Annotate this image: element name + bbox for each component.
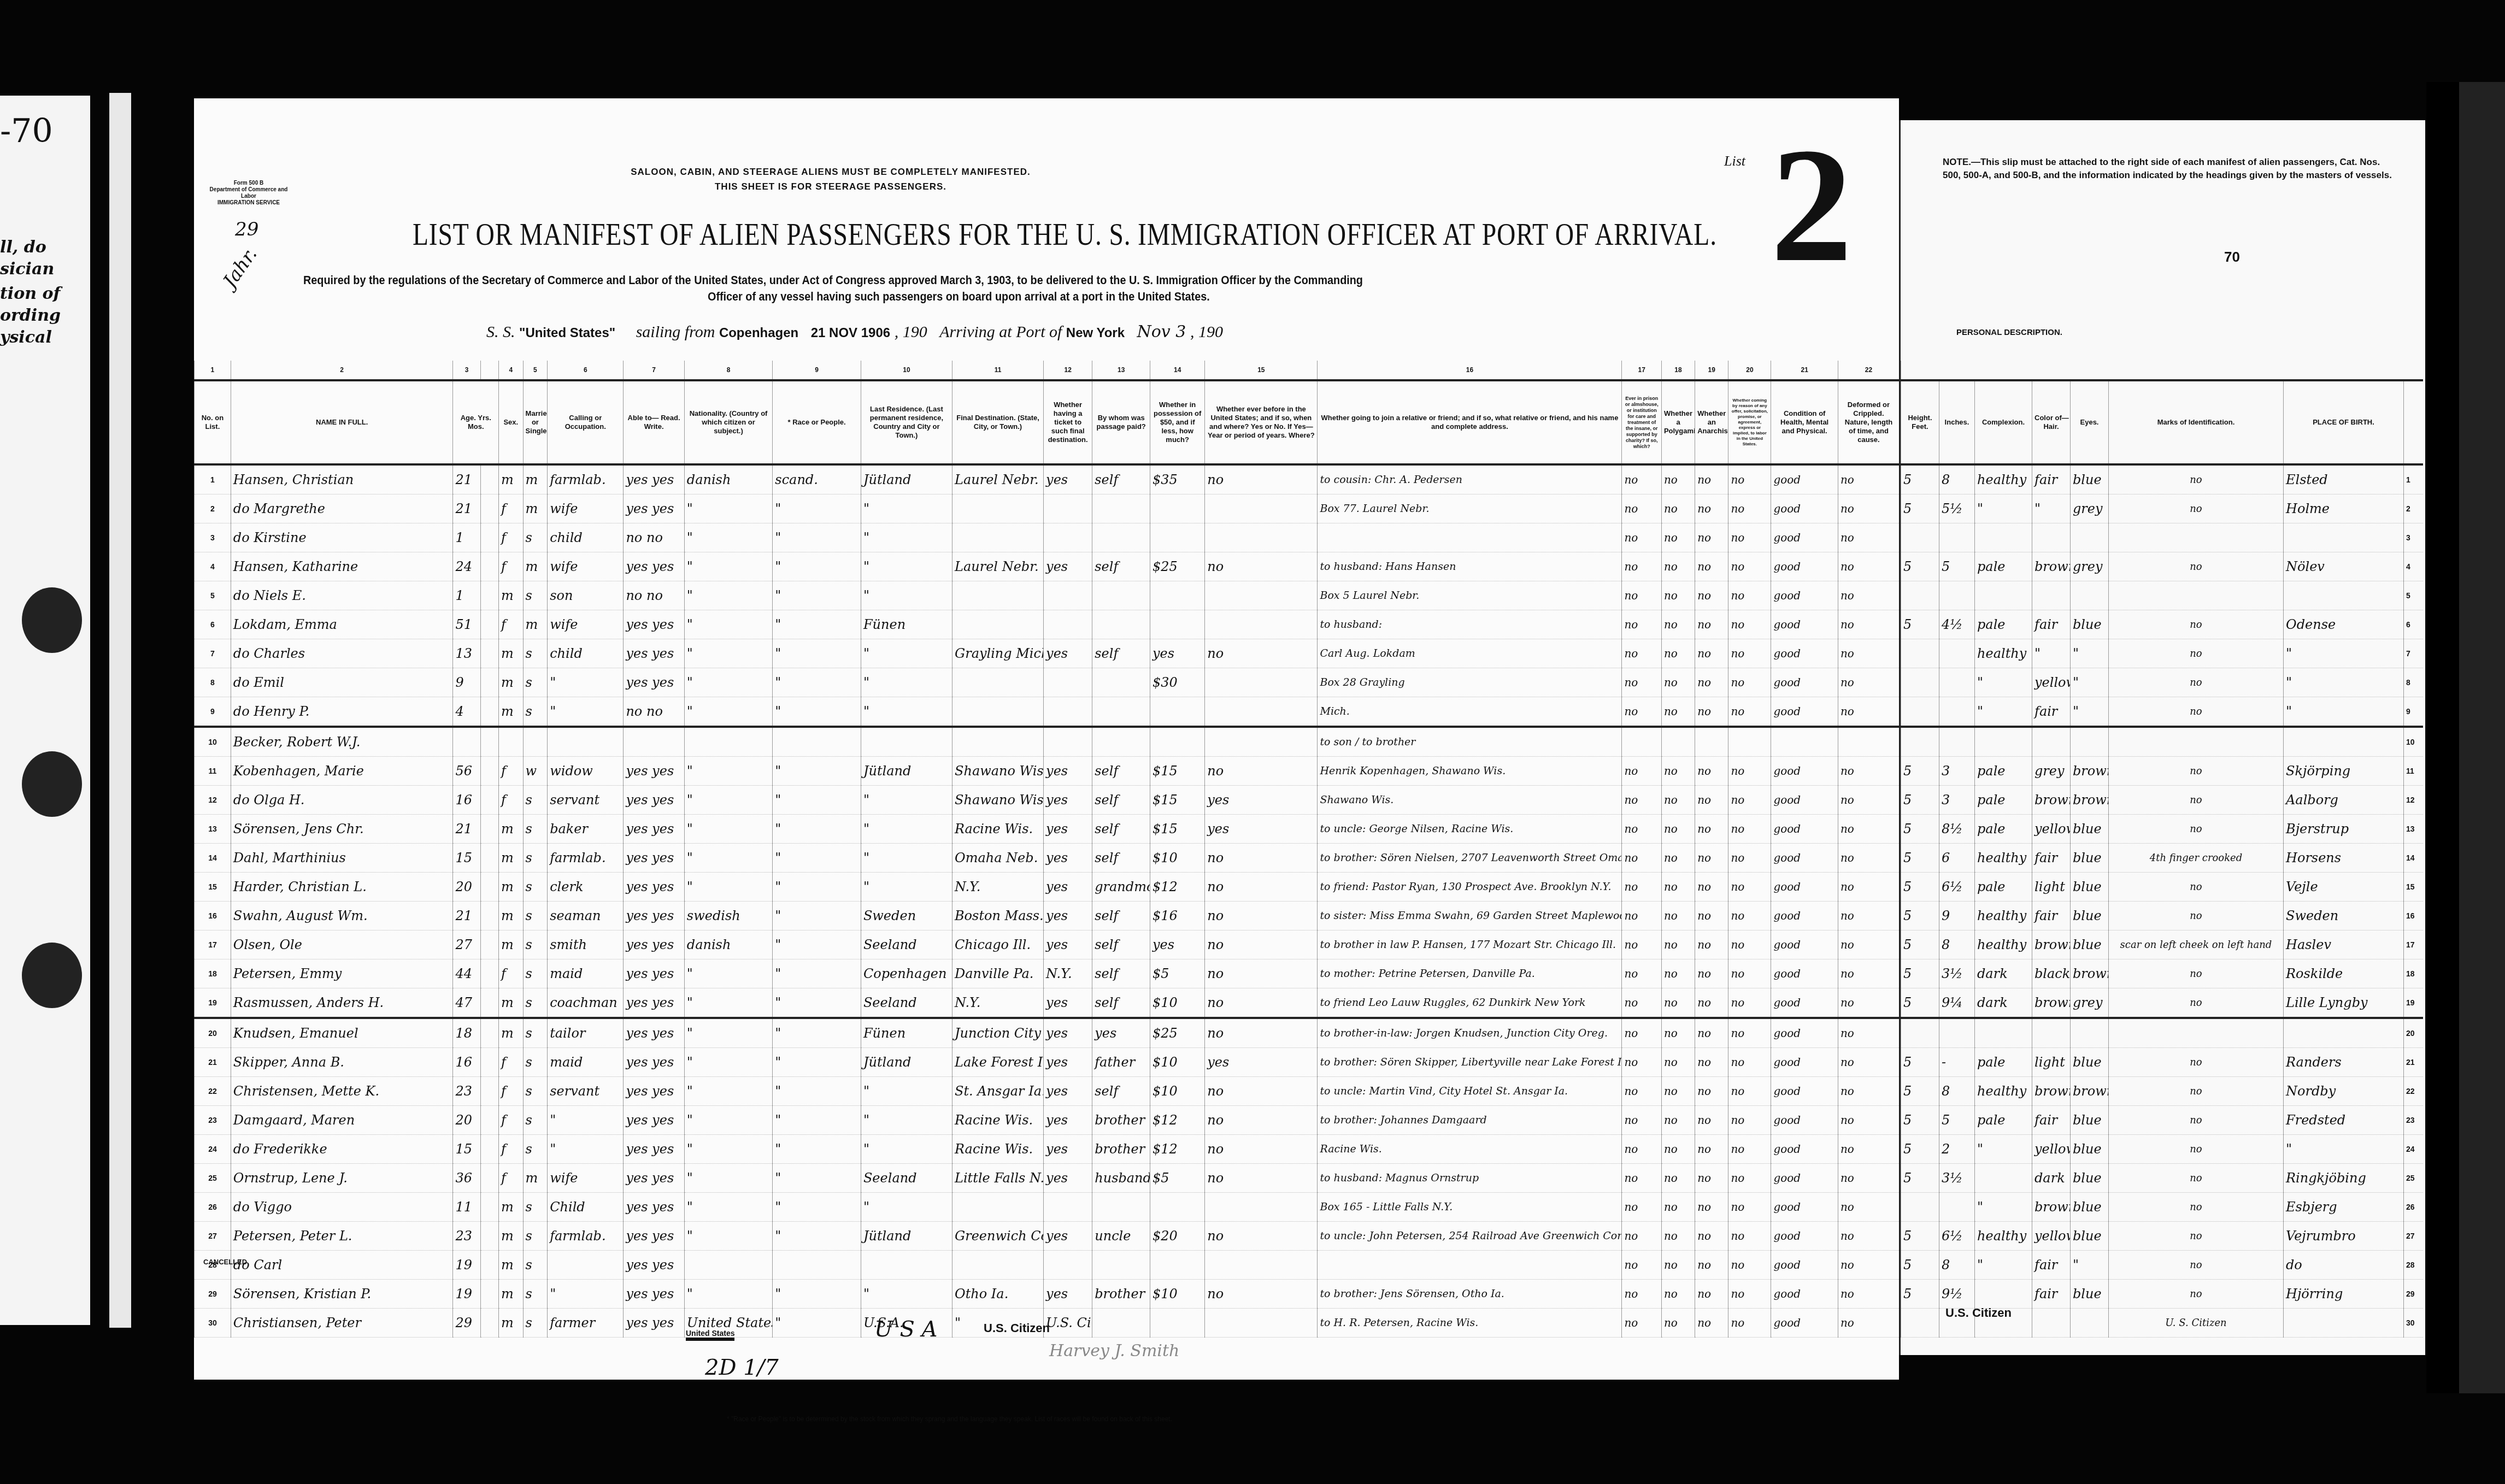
regulation-text: Required by the regulations of the Secre… (303, 273, 1363, 287)
cell-join: Shawano Wis. (1318, 786, 1622, 815)
inspection-answer: good (1771, 697, 1838, 727)
inspection-answer: no (1661, 1251, 1695, 1280)
inspection-answer: no (1695, 931, 1728, 959)
cell-ft (1901, 1309, 1939, 1338)
cell-rw: yes yes (624, 639, 684, 668)
table-row: 27Petersen, Peter L.23msfarmlab.yes yes"… (195, 1222, 1900, 1251)
us-citizen-stamp-slip: U.S. Citizen (1945, 1306, 2012, 1320)
cell-sex: m (499, 1309, 524, 1338)
cell-ft (1901, 727, 1939, 757)
header-able: Able to— Read. Write. (624, 380, 684, 464)
cell-age: 1 (453, 523, 480, 552)
table-row: 5do Niels E.1mssonno no"""Box 5 Laurel N… (195, 581, 1900, 610)
cell-hair: yellow (2032, 1222, 2071, 1251)
cell-race: " (773, 1193, 861, 1222)
cell-ft: 5 (1901, 1280, 1939, 1309)
cell-before (1205, 494, 1318, 523)
cell-res: Jütland (861, 464, 952, 494)
cell-nat: " (684, 1077, 773, 1106)
cell-join: to husband: Hans Hansen (1318, 552, 1622, 581)
cell-hair: fair (2032, 697, 2071, 727)
cell-ft: 5 (1901, 1048, 1939, 1077)
cell-birth: Vejrumbro (2284, 1222, 2404, 1251)
cell-occ (548, 727, 624, 757)
row-number: 24 (195, 1135, 231, 1164)
inspection-answer (1728, 727, 1771, 757)
header-health: Condition of Health, Mental and Physical… (1771, 380, 1838, 464)
cell-in: 3 (1939, 786, 1975, 815)
cell-race: " (773, 610, 861, 639)
cell-money (1150, 697, 1205, 727)
inspection-answer: good (1771, 552, 1838, 581)
cell-birth: Ringkjöbing (2284, 1164, 2404, 1193)
inspection-answer: no (1838, 464, 1899, 494)
cell-birth: Esbjerg (2284, 1193, 2404, 1222)
cell-ticket: yes (1044, 757, 1092, 786)
cell-ticket: yes (1044, 1164, 1092, 1193)
cell-ms: m (523, 1164, 548, 1193)
age-months (480, 988, 498, 1018)
cell-money: $10 (1150, 1077, 1205, 1106)
cell-paid: self (1092, 931, 1150, 959)
cell-race: " (773, 815, 861, 844)
inspection-answer: good (1771, 1048, 1838, 1077)
cell-res: " (861, 494, 952, 523)
row-number: 2 (2404, 494, 2423, 523)
header-age: Age. Yrs. Mos. (453, 380, 499, 464)
ship-name: "United States" (519, 326, 615, 340)
cell-comp: pale (1975, 610, 2032, 639)
inspection-answer: no (1661, 610, 1695, 639)
personal-row: 54½palefairbluenoOdense6 (1901, 610, 2423, 639)
cell-hair: " (2032, 639, 2071, 668)
inspection-answer: no (1728, 1193, 1771, 1222)
age-months (480, 464, 498, 494)
cell-rw: yes yes (624, 464, 684, 494)
cell-res: " (861, 873, 952, 902)
cell-money: $25 (1150, 552, 1205, 581)
cell-age: 15 (453, 1135, 480, 1164)
cell-nat: " (684, 581, 773, 610)
row-number: 28 (2404, 1251, 2423, 1280)
cell-ms: s (523, 931, 548, 959)
cell-comp: " (1975, 494, 2032, 523)
cell-eyes (2071, 1309, 2109, 1338)
cell-before: no (1205, 1018, 1318, 1048)
cell-comp: healthy (1975, 902, 2032, 931)
cell-ticket (1044, 697, 1092, 727)
cell-before (1205, 523, 1318, 552)
inspection-answer: no (1622, 1106, 1661, 1135)
inspection-answer: no (1695, 873, 1728, 902)
cell-in (1939, 639, 1975, 668)
cell-marks: no (2109, 639, 2284, 668)
voyage-line: S. S. "United States" sailing from Copen… (486, 322, 1223, 341)
inspection-answer: no (1695, 552, 1728, 581)
cell-nat: " (684, 639, 773, 668)
cell-eyes (2071, 727, 2109, 757)
cell-birth (2284, 727, 2404, 757)
inspection-answer: no (1661, 786, 1695, 815)
age-months (480, 1309, 498, 1338)
table-row: 24do Frederikke15fs"yes yes"""Racine Wis… (195, 1135, 1900, 1164)
inspection-answer: no (1728, 844, 1771, 873)
cell-ticket (1044, 610, 1092, 639)
row-number: 11 (195, 757, 231, 786)
cell-age: 20 (453, 873, 480, 902)
row-number: 21 (195, 1048, 231, 1077)
cell-sex: m (499, 464, 524, 494)
inspection-answer (1838, 727, 1899, 757)
cell-nat: " (684, 1222, 773, 1251)
cell-paid (1092, 523, 1150, 552)
personal-row: "yellow"no"8 (1901, 668, 2423, 697)
inspection-answer: no (1622, 1222, 1661, 1251)
cell-ticket: yes (1044, 931, 1092, 959)
cell-birth: Vejle (2284, 873, 2404, 902)
cell-paid: uncle (1092, 1222, 1150, 1251)
cell-marks: no (2109, 1222, 2284, 1251)
cell-occ: wife (548, 610, 624, 639)
cell-race: " (773, 668, 861, 697)
inspection-answer: good (1771, 1077, 1838, 1106)
inspection-answer: no (1695, 988, 1728, 1018)
cell-money: $10 (1150, 1280, 1205, 1309)
table-row: 2do Margrethe21fmwifeyes yes"""Box 77. L… (195, 494, 1900, 523)
cell-marks: no (2109, 1077, 2284, 1106)
cell-ft: 5 (1901, 1164, 1939, 1193)
cell-sex: m (499, 1280, 524, 1309)
cell-comp: " (1975, 668, 2032, 697)
table-row: 17Olsen, Ole27mssmithyes yesdanish"Seela… (195, 931, 1900, 959)
cell-sex: f (499, 1106, 524, 1135)
cell-ms: s (523, 959, 548, 988)
cell-before: no (1205, 931, 1318, 959)
cell-ft: 5 (1901, 1106, 1939, 1135)
cell-rw: yes yes (624, 1222, 684, 1251)
row-number: 29 (195, 1280, 231, 1309)
cell-sex: m (499, 639, 524, 668)
personal-row: 10 (1901, 727, 2423, 757)
inspection-answer: no (1695, 1251, 1728, 1280)
row-number: 24 (2404, 1135, 2423, 1164)
cell-ticket: yes (1044, 1135, 1092, 1164)
cell-eyes: grey (2071, 552, 2109, 581)
inspection-answer: good (1771, 639, 1838, 668)
cell-race: scand. (773, 464, 861, 494)
inspection-answer: no (1695, 1018, 1728, 1048)
cell-paid: brother (1092, 1135, 1150, 1164)
cell-res: Seeland (861, 931, 952, 959)
cell-marks: no (2109, 988, 2284, 1018)
cell-ticket: yes (1044, 873, 1092, 902)
cell-in: 3 (1939, 757, 1975, 786)
cell-dest: St. Ansgar Ia. (952, 1077, 1043, 1106)
race-footnote: * "Race or People" is to be determined b… (727, 1415, 1172, 1423)
age-months (480, 523, 498, 552)
table-row: 19Rasmussen, Anders H.47mscoachmanyes ye… (195, 988, 1900, 1018)
inspection-answer: no (1728, 815, 1771, 844)
cell-birth: " (2284, 639, 2404, 668)
cell-race: " (773, 1135, 861, 1164)
inspection-answer: no (1728, 1018, 1771, 1048)
cell-ms: s (523, 988, 548, 1018)
inspection-answer: no (1622, 464, 1661, 494)
cell-join: to brother: Jens Sörensen, Otho Ia. (1318, 1280, 1622, 1309)
cell-nat: " (684, 1048, 773, 1077)
inspection-answer: no (1622, 494, 1661, 523)
cell-ft: 5 (1901, 552, 1939, 581)
row-number: 22 (195, 1077, 231, 1106)
cell-dest (952, 610, 1043, 639)
cell-res: " (861, 639, 952, 668)
cell-hair: grey (2032, 757, 2071, 786)
list-number: 2 (1771, 123, 1853, 287)
cell-paid: self (1092, 464, 1150, 494)
cell-name: do Niels E. (231, 581, 453, 610)
cell-comp: " (1975, 1251, 2032, 1280)
cell-birth: Odense (2284, 610, 2404, 639)
cell-join: to friend Leo Lauw Ruggles, 62 Dunkirk N… (1318, 988, 1622, 1018)
header-polygamist: Whether a Polygamist. (1661, 380, 1695, 464)
cell-in (1939, 523, 1975, 552)
cancelled-stamp: CANCELLED (203, 1258, 247, 1266)
cell-nat: " (684, 523, 773, 552)
inspection-answer: no (1728, 581, 1771, 610)
cell-comp: pale (1975, 815, 2032, 844)
cell-nat (684, 727, 773, 757)
row-number: 30 (2404, 1309, 2423, 1338)
row-number: 27 (195, 1222, 231, 1251)
cell-age: 18 (453, 1018, 480, 1048)
table-row: 1Hansen, Christian21mmfarmlab.yes yesdan… (195, 464, 1900, 494)
cell-comp: pale (1975, 873, 2032, 902)
cell-sex: f (499, 552, 524, 581)
table-row: 14Dahl, Marthinius15msfarmlab.yes yes"""… (195, 844, 1900, 873)
cell-ft: 5 (1901, 494, 1939, 523)
margin-note-number: 29 (235, 219, 258, 240)
cell-in: 5 (1939, 1106, 1975, 1135)
cell-money (1150, 727, 1205, 757)
table-row: 11Kobenhagen, Marie56fwwidowyes yes""Jüt… (195, 757, 1900, 786)
cell-money (1150, 1251, 1205, 1280)
cell-join: Box 165 - Little Falls N.Y. (1318, 1193, 1622, 1222)
cell-before: no (1205, 757, 1318, 786)
header-anarchist: Whether an Anarchist. (1695, 380, 1728, 464)
cell-age: 16 (453, 786, 480, 815)
cell-sex: m (499, 873, 524, 902)
age-months (480, 1135, 498, 1164)
inspection-answer: no (1728, 668, 1771, 697)
cell-rw: yes yes (624, 610, 684, 639)
cell-before (1205, 697, 1318, 727)
inspection-answer: no (1661, 757, 1695, 786)
cell-age: 1 (453, 581, 480, 610)
header-sex: Sex. (499, 380, 524, 464)
cell-ticket: U.S. Citizen (1044, 1309, 1092, 1338)
cell-money (1150, 1193, 1205, 1222)
cell-money: $20 (1150, 1222, 1205, 1251)
cell-nat: " (684, 668, 773, 697)
cell-marks (2109, 581, 2284, 610)
row-number: 15 (2404, 873, 2423, 902)
cell-ft: 5 (1901, 786, 1939, 815)
cell-eyes: blue (2071, 1164, 2109, 1193)
cell-paid: self (1092, 1077, 1150, 1106)
inspection-answer: no (1695, 1222, 1728, 1251)
cell-ms: w (523, 757, 548, 786)
inspection-answer: no (1695, 1135, 1728, 1164)
cell-ms: s (523, 1251, 548, 1280)
cell-eyes: blue (2071, 1106, 2109, 1135)
row-number: 25 (195, 1164, 231, 1193)
cell-age: 21 (453, 902, 480, 931)
cell-ticket: yes (1044, 786, 1092, 815)
cell-eyes: blue (2071, 873, 2109, 902)
inspection-answer: no (1622, 1193, 1661, 1222)
inspection-answer: good (1771, 786, 1838, 815)
cell-eyes: grey (2071, 494, 2109, 523)
cell-nat: " (684, 1193, 773, 1222)
cell-eyes: blue (2071, 610, 2109, 639)
inspection-answer: no (1838, 1251, 1899, 1280)
inspection-answer: no (1622, 815, 1661, 844)
personal-header-row: Height.Feet. Inches. Complexion. Color o… (1901, 380, 2423, 464)
cell-hair (2032, 1309, 2071, 1338)
cell-in (1939, 727, 1975, 757)
cell-ms: s (523, 815, 548, 844)
cell-race: " (773, 1222, 861, 1251)
cell-rw: no no (624, 581, 684, 610)
next-page-fragment (2459, 82, 2505, 1393)
cell-ft: 5 (1901, 1222, 1939, 1251)
cell-dest (952, 494, 1043, 523)
inspection-answer: no (1838, 610, 1899, 639)
inspection-answer: no (1661, 988, 1695, 1018)
cell-name: Dahl, Marthinius (231, 844, 453, 873)
cell-money (1150, 610, 1205, 639)
inspection-answer: no (1838, 873, 1899, 902)
cell-ft: 5 (1901, 988, 1939, 1018)
inspection-answer: no (1622, 931, 1661, 959)
cell-name: Christiansen, Peter (231, 1309, 453, 1338)
cell-race: " (773, 1018, 861, 1048)
inspection-answer: no (1661, 1135, 1695, 1164)
row-number: 17 (2404, 931, 2423, 959)
cell-birth: Nordby (2284, 1077, 2404, 1106)
cell-ms: s (523, 1106, 548, 1135)
cell-marks: 4th finger crooked (2109, 844, 2284, 873)
cell-occ: " (548, 1106, 624, 1135)
cell-name: Swahn, August Wm. (231, 902, 453, 931)
cell-hair: brown (2032, 552, 2071, 581)
list-label: List (1724, 153, 1745, 169)
cell-dest: Otho Ia. (952, 1280, 1043, 1309)
cell-sex: f (499, 610, 524, 639)
cell-in: 9¼ (1939, 988, 1975, 1018)
inspection-answer: no (1728, 1048, 1771, 1077)
cell-hair: dark (2032, 1164, 2071, 1193)
united-states-stamp: United States (686, 1329, 734, 1341)
cell-ticket (1044, 523, 1092, 552)
cell-res: " (861, 844, 952, 873)
cell-in (1939, 1018, 1975, 1048)
inspection-answer: no (1838, 1309, 1899, 1338)
inspection-answer: no (1661, 1222, 1695, 1251)
table-row: 29Sörensen, Kristian P.19ms"yes yes"""Ot… (195, 1280, 1900, 1309)
age-months (480, 786, 498, 815)
cell-ticket: yes (1044, 1018, 1092, 1048)
cell-sex: m (499, 815, 524, 844)
cell-res: " (861, 1106, 952, 1135)
table-row: 7do Charles13mschildyes yes"""Grayling M… (195, 639, 1900, 668)
cell-res: " (861, 523, 952, 552)
header-birthplace: PLACE OF BIRTH. (2284, 380, 2404, 464)
header-ticket: Whether having a ticket to such final de… (1044, 380, 1092, 464)
row-number: 6 (2404, 610, 2423, 639)
cell-birth: Nölev (2284, 552, 2404, 581)
inspection-answer: no (1622, 1048, 1661, 1077)
cell-money: $10 (1150, 1048, 1205, 1077)
cell-race: " (773, 1280, 861, 1309)
inspection-answer: no (1622, 988, 1661, 1018)
personal-row: 59healthyfairbluenoSweden16 (1901, 902, 2423, 931)
cell-birth: " (2284, 697, 2404, 727)
inspection-answer: no (1838, 1193, 1899, 1222)
cell-name: Ornstrup, Lene J. (231, 1164, 453, 1193)
personal-row: 53½darkbluenoRingkjöbing25 (1901, 1164, 2423, 1193)
inspection-answer: no (1838, 1135, 1899, 1164)
inspection-answer: no (1622, 581, 1661, 610)
cell-join: Mich. (1318, 697, 1622, 727)
inspection-answer: no (1622, 844, 1661, 873)
cell-hair: brown (2032, 931, 2071, 959)
cell-comp: " (1975, 1135, 2032, 1164)
cell-ms: s (523, 697, 548, 727)
cell-marks: no (2109, 815, 2284, 844)
cell-rw: yes yes (624, 494, 684, 523)
cell-hair: " (2032, 494, 2071, 523)
header-race: * Race or People. (773, 380, 861, 464)
row-number: 1 (2404, 464, 2423, 494)
inspection-answer: no (1622, 639, 1661, 668)
inspection-answer: good (1771, 610, 1838, 639)
row-number: 29 (2404, 1280, 2423, 1309)
inspection-answer: no (1728, 959, 1771, 988)
inspection-answer: no (1661, 581, 1695, 610)
cell-nat: " (684, 757, 773, 786)
cell-eyes: " (2071, 668, 2109, 697)
cell-ft: 5 (1901, 844, 1939, 873)
cell-money: $15 (1150, 757, 1205, 786)
cell-occ: seaman (548, 902, 624, 931)
inspection-answer: no (1622, 902, 1661, 931)
cell-ft: 5 (1901, 902, 1939, 931)
cell-ticket: yes (1044, 902, 1092, 931)
us-citizen-stamp: U.S. Citizen (984, 1321, 1050, 1335)
cell-in: 9½ (1939, 1280, 1975, 1309)
cell-eyes: blue (2071, 1048, 2109, 1077)
cell-join: to friend: Pastor Ryan, 130 Prospect Ave… (1318, 873, 1622, 902)
cell-ft: 5 (1901, 1077, 1939, 1106)
cell-in: 4½ (1939, 610, 1975, 639)
inspection-answer: no (1838, 697, 1899, 727)
row-number: 10 (195, 727, 231, 757)
cell-comp: healthy (1975, 464, 2032, 494)
personal-row: 5-palelightbluenoRanders21 (1901, 1048, 2423, 1077)
cell-paid (1092, 668, 1150, 697)
cell-join: to mother: Petrine Petersen, Danville Pa… (1318, 959, 1622, 988)
